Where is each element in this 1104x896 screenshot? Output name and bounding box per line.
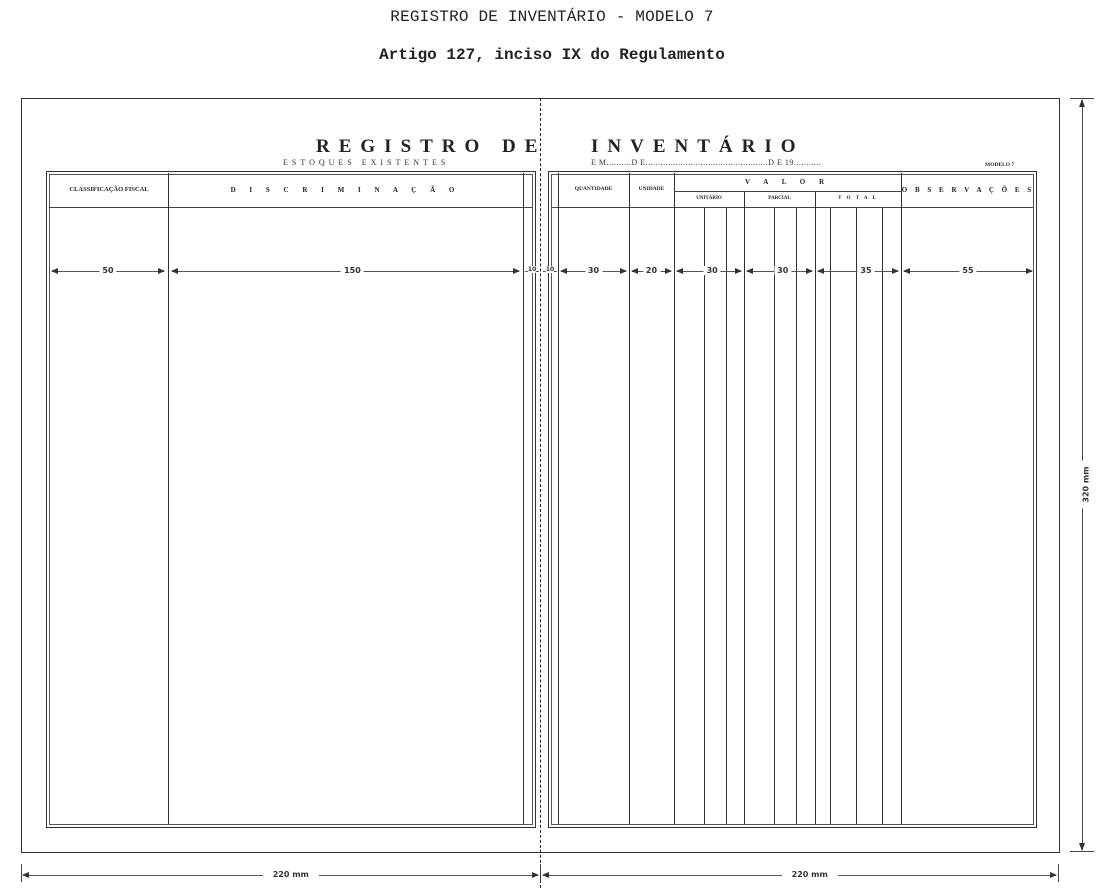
form-heading-left: REGISTRO DE xyxy=(316,136,546,158)
total-sub-2 xyxy=(856,207,857,824)
left-table xyxy=(46,171,536,828)
total-sub-3 xyxy=(882,207,883,824)
unitario-sub-2 xyxy=(726,207,727,824)
page-subtitle: Artigo 127, inciso IX do Regulamento xyxy=(0,46,1104,64)
total-sub-1 xyxy=(830,207,831,824)
right-col-divider-5 xyxy=(815,191,816,824)
header-total: T O T A L xyxy=(815,196,901,201)
parcial-sub-1 xyxy=(774,207,775,824)
dim-height-arrow-up xyxy=(1079,99,1085,107)
header-parcial: PARCIAL xyxy=(744,196,815,201)
dim-parcial: 30 xyxy=(747,271,812,272)
right-col-divider-6 xyxy=(901,173,902,824)
right-col-divider-4 xyxy=(744,191,745,824)
unitario-sub-1 xyxy=(704,207,705,824)
form-heading-right: INVENTÁRIO xyxy=(591,136,805,158)
left-header-bottom xyxy=(49,207,532,208)
header-discriminacao: D I S C R I M I N A Ç Ã O xyxy=(168,186,523,194)
left-col-divider-1 xyxy=(168,173,169,824)
dim-height-label: 320 mm xyxy=(1082,461,1091,509)
parcial-sub-2 xyxy=(796,207,797,824)
fold-line xyxy=(540,98,541,888)
dim-width-right: 220 mm xyxy=(543,875,1056,876)
valor-subheader-line xyxy=(674,191,901,192)
dim-height-arrow-down xyxy=(1079,843,1085,851)
right-col-divider-2 xyxy=(629,173,630,824)
header-classificacao-fiscal: CLASSIFICAÇÃO FISCAL xyxy=(50,186,168,193)
dim-margin-right: 10 xyxy=(543,271,557,272)
dim-width-left: 220 mm xyxy=(23,875,538,876)
right-col-divider-1 xyxy=(558,173,559,824)
header-quantidade: QUANTIDADE xyxy=(558,186,629,192)
dim-height-tick-bottom xyxy=(1070,851,1094,852)
page-title: REGISTRO DE INVENTÁRIO - MODELO 7 xyxy=(0,8,1104,26)
dim-width-tick-mid xyxy=(540,864,541,882)
dim-classificacao: 50 xyxy=(52,271,164,272)
dim-width-tick-right xyxy=(1058,864,1059,882)
dim-margin-left: 10 xyxy=(525,271,539,272)
header-observacoes: O B S E R V A Ç Õ E S xyxy=(901,186,1035,194)
model-label: MODELO 7 xyxy=(985,162,1014,168)
dim-total: 35 xyxy=(818,271,898,272)
header-valor: V A L O R xyxy=(674,178,901,186)
right-header-bottom xyxy=(551,207,1033,208)
header-unidade: UNIDADE xyxy=(629,186,674,192)
form-date-line: E M..........D E........................… xyxy=(591,158,821,167)
dim-observacoes: 55 xyxy=(904,271,1032,272)
left-col-divider-2 xyxy=(523,173,524,824)
dim-discriminacao: 150 xyxy=(172,271,519,272)
right-col-divider-3 xyxy=(674,173,675,824)
dim-unidade: 20 xyxy=(632,271,671,272)
dim-quantidade: 30 xyxy=(561,271,626,272)
dim-unitario: 30 xyxy=(677,271,741,272)
form-subheading-left: ESTOQUES EXISTENTES xyxy=(283,158,449,167)
header-unitario: UNITÁRIO xyxy=(674,196,744,201)
